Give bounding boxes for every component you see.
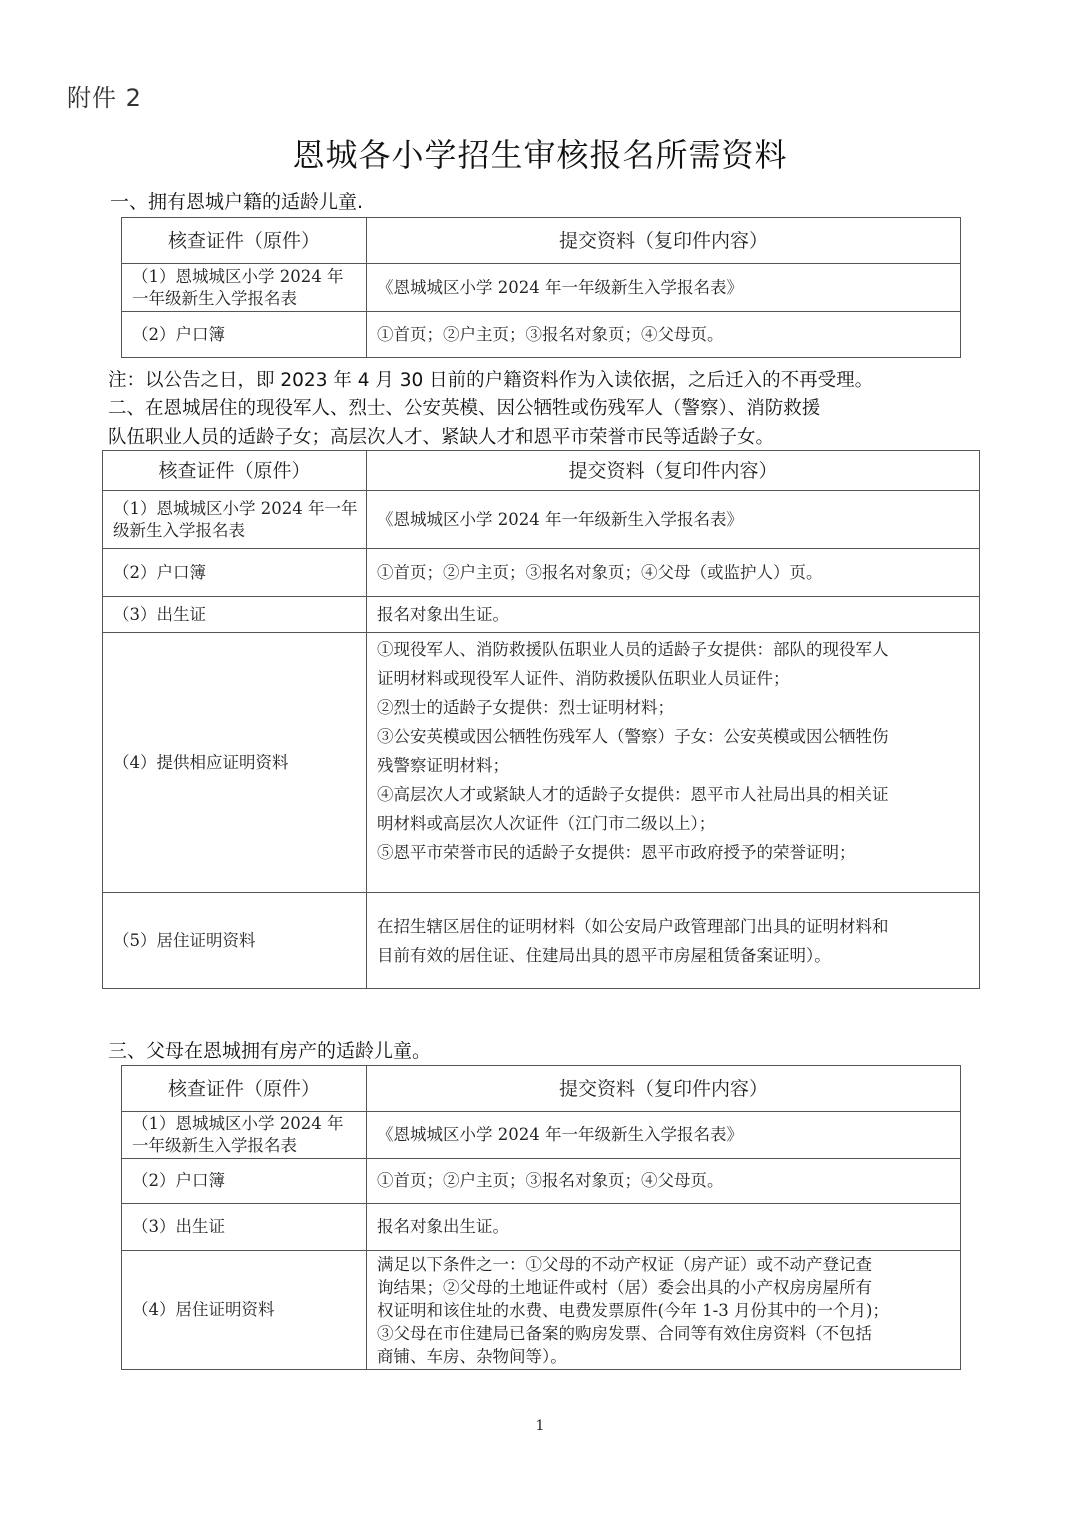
row-content: 报名对象出生证。 [367,1204,961,1251]
table-row: （2）户口簿 ①首页；②户主页；③报名对象页；④父母页。 [122,1159,961,1204]
row-content: ①首页；②户主页；③报名对象页；④父母页。 [367,1159,961,1204]
row-item: （5）居住证明资料 [103,893,367,989]
column-header-copy: 提交资料（复印件内容） [367,451,980,491]
row-item: （2）户口簿 [122,312,367,358]
row-content: 在招生辖区居住的证明材料（如公安局户政管理部门出具的证明材料和 目前有效的居住证… [367,893,980,989]
column-header-copy: 提交资料（复印件内容） [367,218,961,264]
table-row: （4）居住证明资料 满足以下条件之一：①父母的不动产权证（房产证）或不动产登记查… [122,1251,961,1370]
section1-table: 核查证件（原件） 提交资料（复印件内容） （1）恩城城区小学 2024 年一年级… [121,217,961,358]
row-item: （2）户口簿 [122,1159,367,1204]
section3-table: 核查证件（原件） 提交资料（复印件内容） （1）恩城城区小学 2024 年一年级… [121,1065,961,1370]
section3-heading: 三、父母在恩城拥有房产的适龄儿童。 [108,1037,431,1066]
section2-table: 核查证件（原件） 提交资料（复印件内容） （1）恩城城区小学 2024 年一年级… [102,450,980,989]
row-item: （4）居住证明资料 [122,1251,367,1370]
section1-heading: 一、拥有恩城户籍的适龄儿童. [110,188,363,217]
column-header-original: 核查证件（原件） [122,1066,367,1112]
row-content: 《恩城城区小学 2024 年一年级新生入学报名表》 [367,491,980,549]
table-row: （1）恩城城区小学 2024 年一年级新生入学报名表 《恩城城区小学 2024 … [122,1112,961,1159]
row-item: （2）户口簿 [103,549,367,597]
column-header-original: 核查证件（原件） [122,218,367,264]
table-row: （5）居住证明资料 在招生辖区居住的证明材料（如公安局户政管理部门出具的证明材料… [103,893,980,989]
table-row: （3）出生证 报名对象出生证。 [103,597,980,633]
row-item: （4）提供相应证明资料 [103,633,367,893]
row-content: ①现役军人、消防救援队伍职业人员的适龄子女提供：部队的现役军人 证明材料或现役军… [367,633,980,893]
row-item: （1）恩城城区小学 2024 年一年级新生入学报名表 [122,1112,367,1159]
row-content: 《恩城城区小学 2024 年一年级新生入学报名表》 [367,264,961,312]
table-row: （4）提供相应证明资料 ①现役军人、消防救援队伍职业人员的适龄子女提供：部队的现… [103,633,980,893]
page-number: 1 [0,1418,1080,1434]
row-item: （3）出生证 [122,1204,367,1251]
row-item: （3）出生证 [103,597,367,633]
table-row: （1）恩城城区小学 2024 年一年级新生入学报名表 《恩城城区小学 2024 … [103,491,980,549]
row-content: 《恩城城区小学 2024 年一年级新生入学报名表》 [367,1112,961,1159]
section2-heading-line2: 队伍职业人员的适龄子女；高层次人才、紧缺人才和恩平市荣誉市民等适龄子女。 [108,423,774,452]
column-header-original: 核查证件（原件） [103,451,367,491]
column-header-copy: 提交资料（复印件内容） [367,1066,961,1112]
row-content: 满足以下条件之一：①父母的不动产权证（房产证）或不动产登记查 询结果；②父母的土… [367,1251,961,1370]
table-row: （1）恩城城区小学 2024 年一年级新生入学报名表 《恩城城区小学 2024 … [122,264,961,312]
section2-heading-line1: 二、在恩城居住的现役军人、烈士、公安英模、因公牺牲或伤残军人（警察）、消防救援 [108,394,820,423]
row-content: 报名对象出生证。 [367,597,980,633]
table-row: （3）出生证 报名对象出生证。 [122,1204,961,1251]
table-row: （2）户口簿 ①首页；②户主页；③报名对象页；④父母（或监护人）页。 [103,549,980,597]
row-item: （1）恩城城区小学 2024 年一年级新生入学报名表 [103,491,367,549]
table-row: （2）户口簿 ①首页；②户主页；③报名对象页；④父母页。 [122,312,961,358]
row-content: ①首页；②户主页；③报名对象页；④父母页。 [367,312,961,358]
section1-note: 注：以公告之日，即 2023 年 4 月 30 日前的户籍资料作为入读依据，之后… [108,366,873,395]
row-content: ①首页；②户主页；③报名对象页；④父母（或监护人）页。 [367,549,980,597]
page-title: 恩城各小学招生审核报名所需资料 [0,130,1080,176]
row-item: （1）恩城城区小学 2024 年一年级新生入学报名表 [122,264,367,312]
attachment-label: 附件 2 [67,78,142,113]
